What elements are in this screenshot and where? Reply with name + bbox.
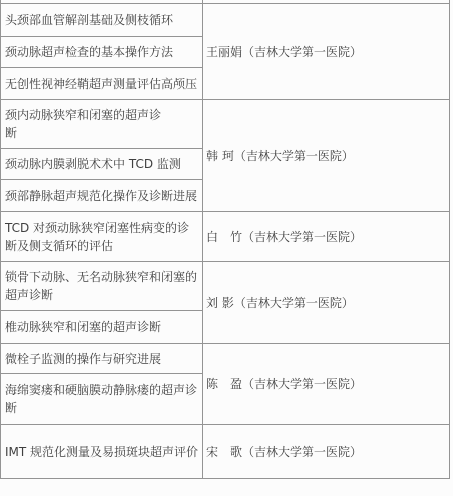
topic-cell: 颈动脉超声检查的基本操作方法 [1,37,203,68]
topic-cell: 颈部静脉超声规范化操作及诊断进展 [1,180,203,212]
topic-cell: 无创性视神经鞘超声测量评估高颅压 [1,68,203,100]
speaker-cell: 陈 盈（吉林大学第一医院） [203,344,450,425]
topic-cell: 头颈部血管解剖基础及侧枝循环 [1,4,203,37]
topic-cell: 锁骨下动脉、无名动脉狭窄和闭塞的 超声诊断 [1,262,203,311]
speaker-cell: 王丽娟（吉林大学第一医院） [203,4,450,100]
topic-cell: 颈内动脉狭窄和闭塞的超声诊 断 [1,100,203,149]
table-row: 锁骨下动脉、无名动脉狭窄和闭塞的 超声诊断 刘 影（吉林大学第一医院） [1,262,450,311]
speaker-cell: 韩 珂（吉林大学第一医院） [203,100,450,212]
topic-cell: 颈动脉内膜剥脱术术中 TCD 监测 [1,149,203,180]
topic-cell: 海绵窦瘘和硬脑膜动静脉瘘的超声诊 断 [1,374,203,425]
speaker-cell: 刘 影（吉林大学第一医院） [203,262,450,344]
speaker-cell: 宋 歌（吉林大学第一医院） [203,425,450,479]
table-row: 微栓子监测的操作与研究进展 陈 盈（吉林大学第一医院） [1,344,450,374]
table-row: 头颈部血管解剖基础及侧枝循环 王丽娟（吉林大学第一医院） [1,4,450,37]
topic-cell: IMT 规范化测量及易损斑块超声评价 [1,425,203,479]
speaker-cell: 白 竹（吉林大学第一医院） [203,212,450,262]
table-row: 颈内动脉狭窄和闭塞的超声诊 断 韩 珂（吉林大学第一医院） [1,100,450,149]
topic-cell: TCD 对颈动脉狭窄闭塞性病变的诊 断及侧支循环的评估 [1,212,203,262]
topic-cell: 微栓子监测的操作与研究进展 [1,344,203,374]
table-row: IMT 规范化测量及易损斑块超声评价 宋 歌（吉林大学第一医院） [1,425,450,479]
table-row: TCD 对颈动脉狭窄闭塞性病变的诊 断及侧支循环的评估 白 竹（吉林大学第一医院… [1,212,450,262]
course-table: 头颈部血管解剖基础及侧枝循环 王丽娟（吉林大学第一医院） 颈动脉超声检查的基本操… [0,0,450,479]
topic-cell: 椎动脉狭窄和闭塞的超声诊断 [1,311,203,344]
